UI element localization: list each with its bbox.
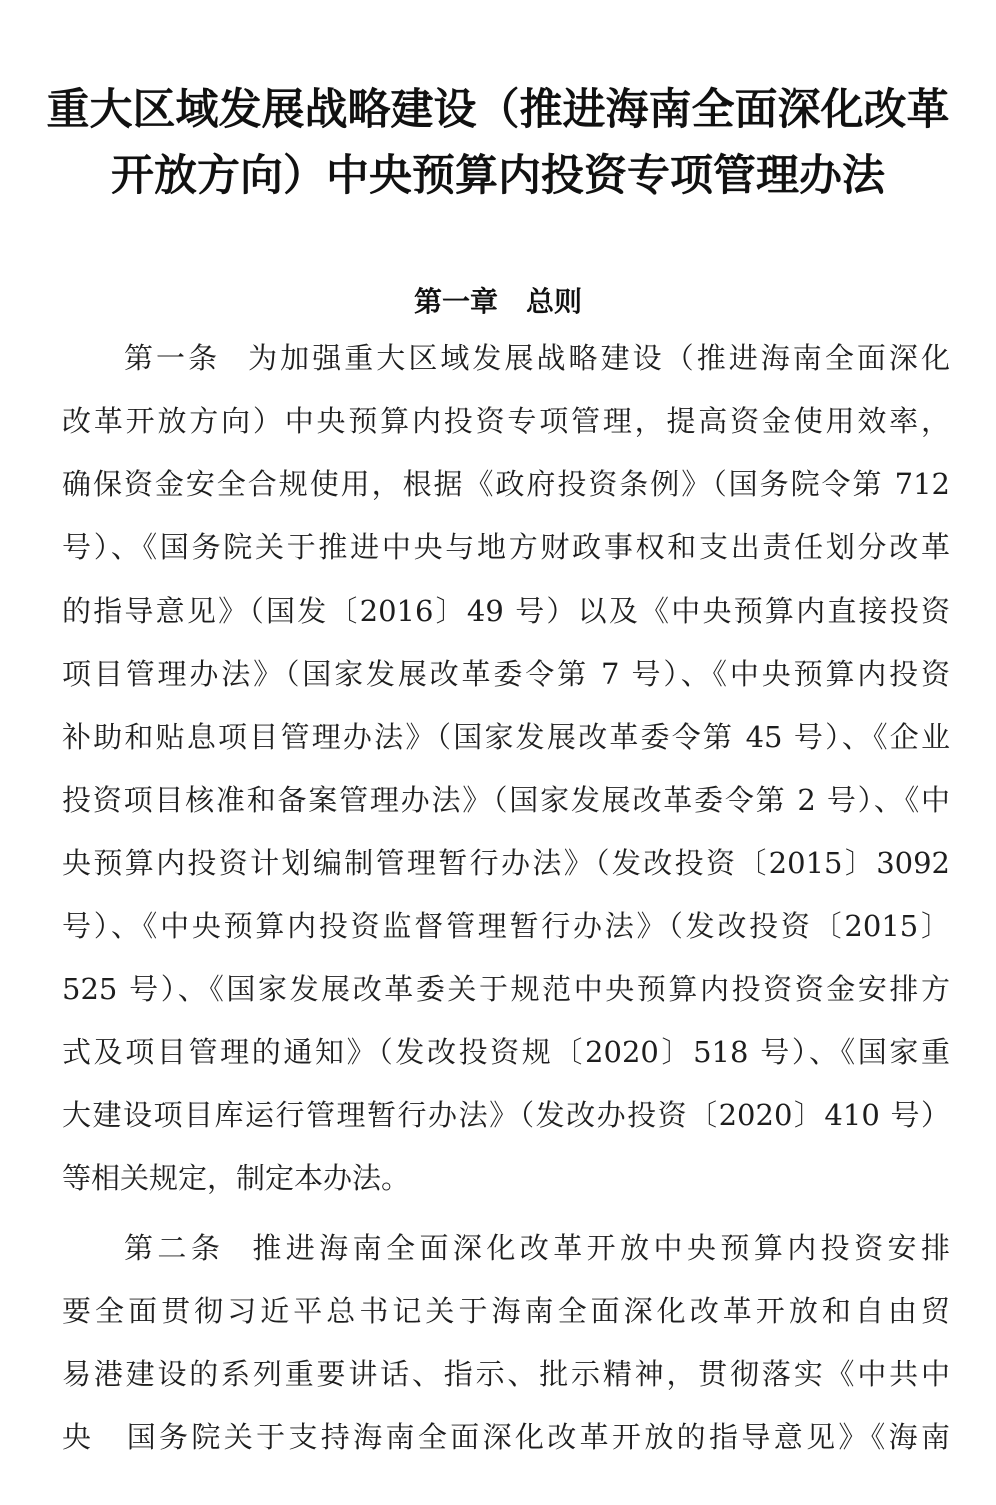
article-1-line-3: 确保资金安全合规使用，根据《政府投资条例》（国务院令第 712: [62, 462, 950, 506]
article-1-line-11: 525 号）、《国家发展改革委关于规范中央预算内投资资金安排方: [62, 967, 950, 1011]
article-1-line-4: 号）、《国务院关于推进中央与地方财政事权和支出责任划分改革: [62, 525, 950, 569]
article-1-label: 第一条: [124, 341, 220, 375]
article-2-line-4: 央 国务院关于支持海南全面深化改革开放的指导意见》《海南: [62, 1415, 950, 1459]
document-title-line-2: 开放方向）中央预算内投资专项管理办法: [0, 146, 996, 206]
article-1-line-7: 补助和贴息项目管理办法》（国家发展改革委令第 45 号）、《企业: [62, 715, 950, 759]
article-1-line-8: 投资项目核准和备案管理办法》（国家发展改革委令第 2 号）、《中: [62, 778, 950, 822]
article-1-line-12: 式及项目管理的通知》（发改投资规〔2020〕518 号）、《国家重: [62, 1030, 950, 1074]
article-1-line-1: 第一条为加强重大区域发展战略建设（推进海南全面深化: [124, 336, 950, 380]
document-title-line-1: 重大区域发展战略建设（推进海南全面深化改革: [0, 80, 996, 140]
article-2-line-3: 易港建设的系列重要讲话、指示、批示精神，贯彻落实《中共中: [62, 1352, 950, 1396]
article-text: 为加强重大区域发展战略建设（推进海南全面深化: [248, 341, 950, 375]
article-1-line-6: 项目管理办法》（国家发展改革委令第 7 号）、《中央预算内投资: [62, 652, 950, 696]
chapter-heading: 第一章 总则: [0, 280, 996, 324]
article-2-line-2: 要全面贯彻习近平总书记关于海南全面深化改革开放和自由贸: [62, 1289, 950, 1333]
article-1-line-9: 央预算内投资计划编制管理暂行办法》（发改投资〔2015〕3092: [62, 841, 950, 885]
article-1-line-2: 改革开放方向）中央预算内投资专项管理，提高资金使用效率，: [62, 399, 950, 443]
article-1-line-14: 等相关规定，制定本办法。: [62, 1156, 950, 1200]
article-2-label: 第二条: [124, 1231, 224, 1265]
article-1-line-10: 号）、《中央预算内投资监督管理暂行办法》（发改投资〔2015〕: [62, 904, 950, 948]
article-2-line-1: 第二条推进海南全面深化改革开放中央预算内投资安排: [124, 1226, 950, 1270]
article-1-line-13: 大建设项目库运行管理暂行办法》（发改办投资〔2020〕410 号）: [62, 1093, 950, 1137]
article-1-line-5: 的指导意见》（国发〔2016〕49 号）以及《中央预算内直接投资: [62, 589, 950, 633]
article-text: 推进海南全面深化改革开放中央预算内投资安排: [252, 1231, 950, 1265]
document-page: 重大区域发展战略建设（推进海南全面深化改革 开放方向）中央预算内投资专项管理办法…: [0, 0, 996, 1505]
